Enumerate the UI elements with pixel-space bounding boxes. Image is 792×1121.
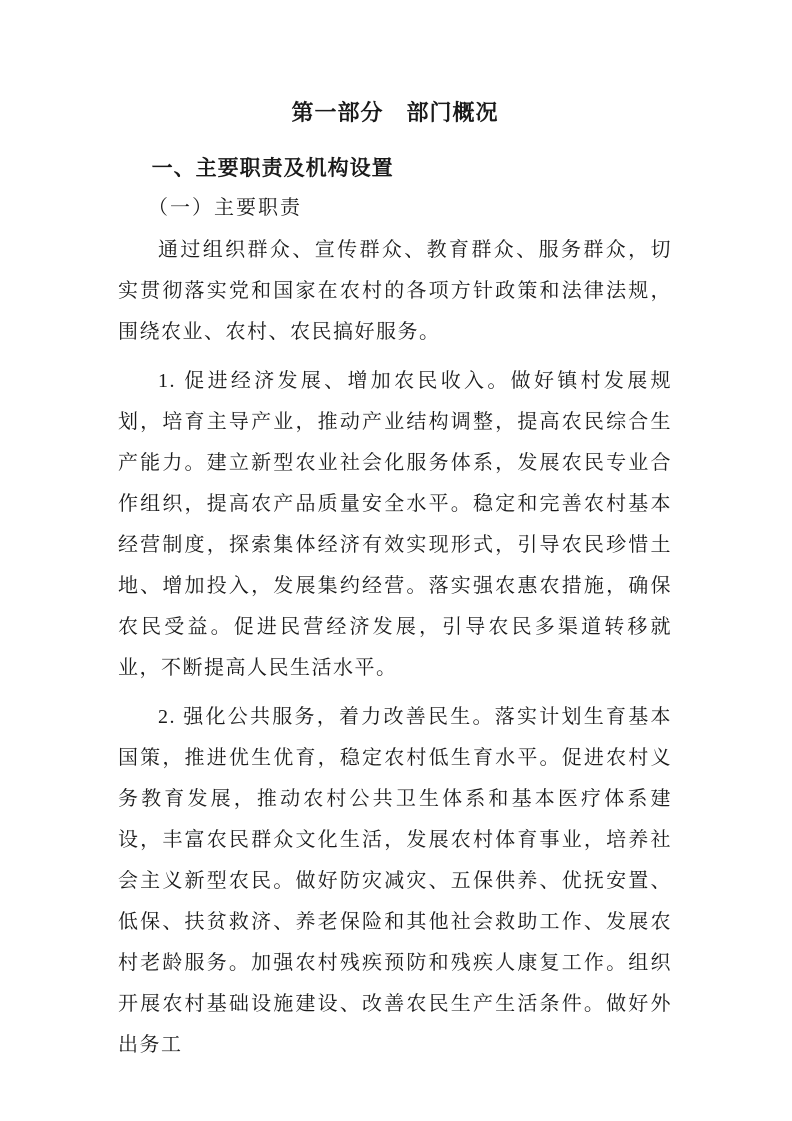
- subsection-heading-main-duties: （一）主要职责: [118, 188, 672, 228]
- paragraph-item-2: 2. 强化公共服务，着力改善民生。落实计划生育基本国策，推进优生优育，稳定农村低…: [118, 697, 672, 1066]
- paragraph-item-1: 1. 促进经济发展、增加农民收入。做好镇村发展规划，培育主导产业，推动产业结构调…: [118, 361, 672, 689]
- document-page: 第一部分 部门概况 一、主要职责及机构设置 （一）主要职责 通过组织群众、宣传群…: [0, 0, 792, 1121]
- document-title: 第一部分 部门概况: [118, 98, 672, 128]
- document-body: 通过组织群众、宣传群众、教育群众、服务群众，切实贯彻落实党和国家在农村的各项方针…: [118, 230, 672, 1066]
- paragraph-intro: 通过组织群众、宣传群众、教育群众、服务群众，切实贯彻落实党和国家在农村的各项方针…: [118, 230, 672, 353]
- section-heading-main-duties: 一、主要职责及机构设置: [118, 150, 672, 188]
